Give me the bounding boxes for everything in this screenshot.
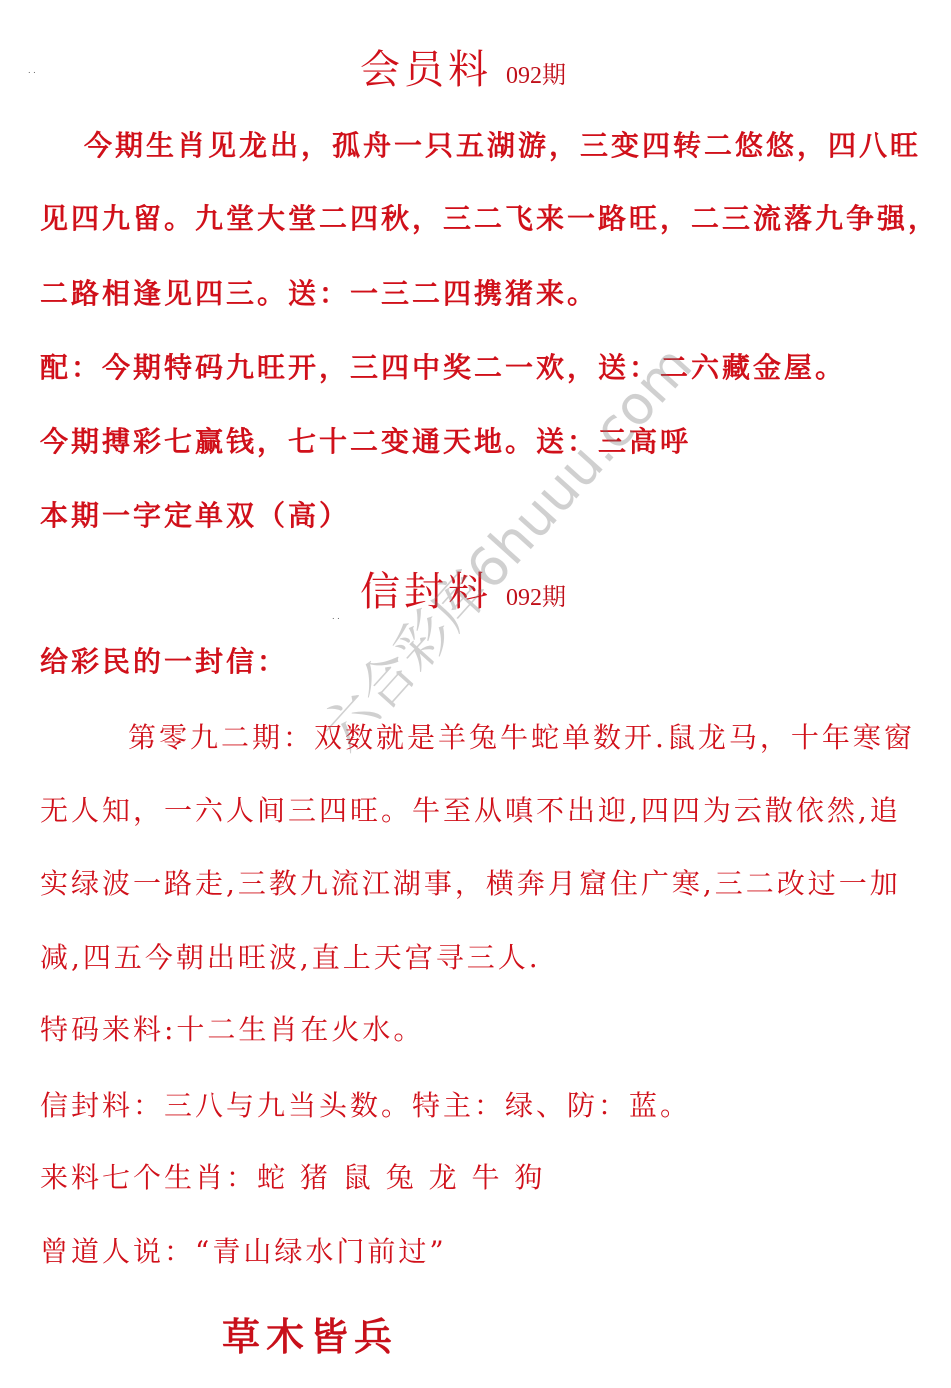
paragraph-line: 来料七个生肖：蛇 猪 鼠 兔 龙 牛 狗: [40, 1160, 545, 1196]
paragraph-line: 信封料：三八与九当头数。特主：绿、防：蓝。: [40, 1088, 691, 1124]
paragraph-line: 配：今期特码九旺开，三四中奖二一欢，送：二六藏金屋。: [40, 350, 846, 386]
section-title-member: 会员料092期: [360, 38, 566, 95]
issue-number: 092期: [506, 63, 566, 89]
issue-number: 092期: [506, 585, 566, 611]
closing-phrase: 草木皆兵: [222, 1306, 398, 1361]
paragraph-line: 本期一字定单双（高）: [40, 498, 350, 534]
paragraph-line: 见四九留。九堂大堂二四秋，三二飞来一路旺，二三流落九争强，: [40, 201, 939, 237]
scan-artifact: . .: [332, 612, 340, 621]
paragraph-line: 无人知，一六人间三四旺。牛至从嗔不出迎,四四为云散依然,追: [40, 793, 901, 829]
paragraph-line: 二路相逢见四三。送：一三二四携猪来。: [40, 276, 598, 312]
paragraph-line: 实绿波一路走,三教九流江湖事，横奔月窟住广寒,三二改过一加: [40, 866, 901, 902]
letter-heading: 给彩民的一封信：: [40, 644, 288, 680]
scan-artifact: . .: [28, 66, 36, 75]
section-title-envelope: 信封料092期: [360, 560, 566, 617]
paragraph-line: 特码来料:十二生肖在火水。: [40, 1012, 424, 1048]
watermark-text: 六合彩库6huuu.com: [301, 326, 706, 764]
paragraph-line: 减,四五今朝出旺波,直上天宫寻三人.: [40, 940, 541, 976]
paragraph-line: 今期生肖见龙出，孤舟一只五湖游，三变四转二悠悠，四八旺: [84, 128, 921, 164]
section-title-text: 信封料: [360, 569, 492, 615]
section-title-text: 会员料: [360, 47, 492, 93]
paragraph-line: 今期搏彩七赢钱，七十二变通天地。送：三高呼: [40, 424, 691, 460]
paragraph-line: 曾道人说：“青山绿水门前过”: [40, 1234, 447, 1270]
document-page: . . . . 会员料092期 今期生肖见龙出，孤舟一只五湖游，三变四转二悠悠，…: [0, 0, 951, 1388]
paragraph-line: 第零九二期：双数就是羊兔牛蛇单数开.鼠龙马，十年寒窗: [128, 720, 915, 756]
